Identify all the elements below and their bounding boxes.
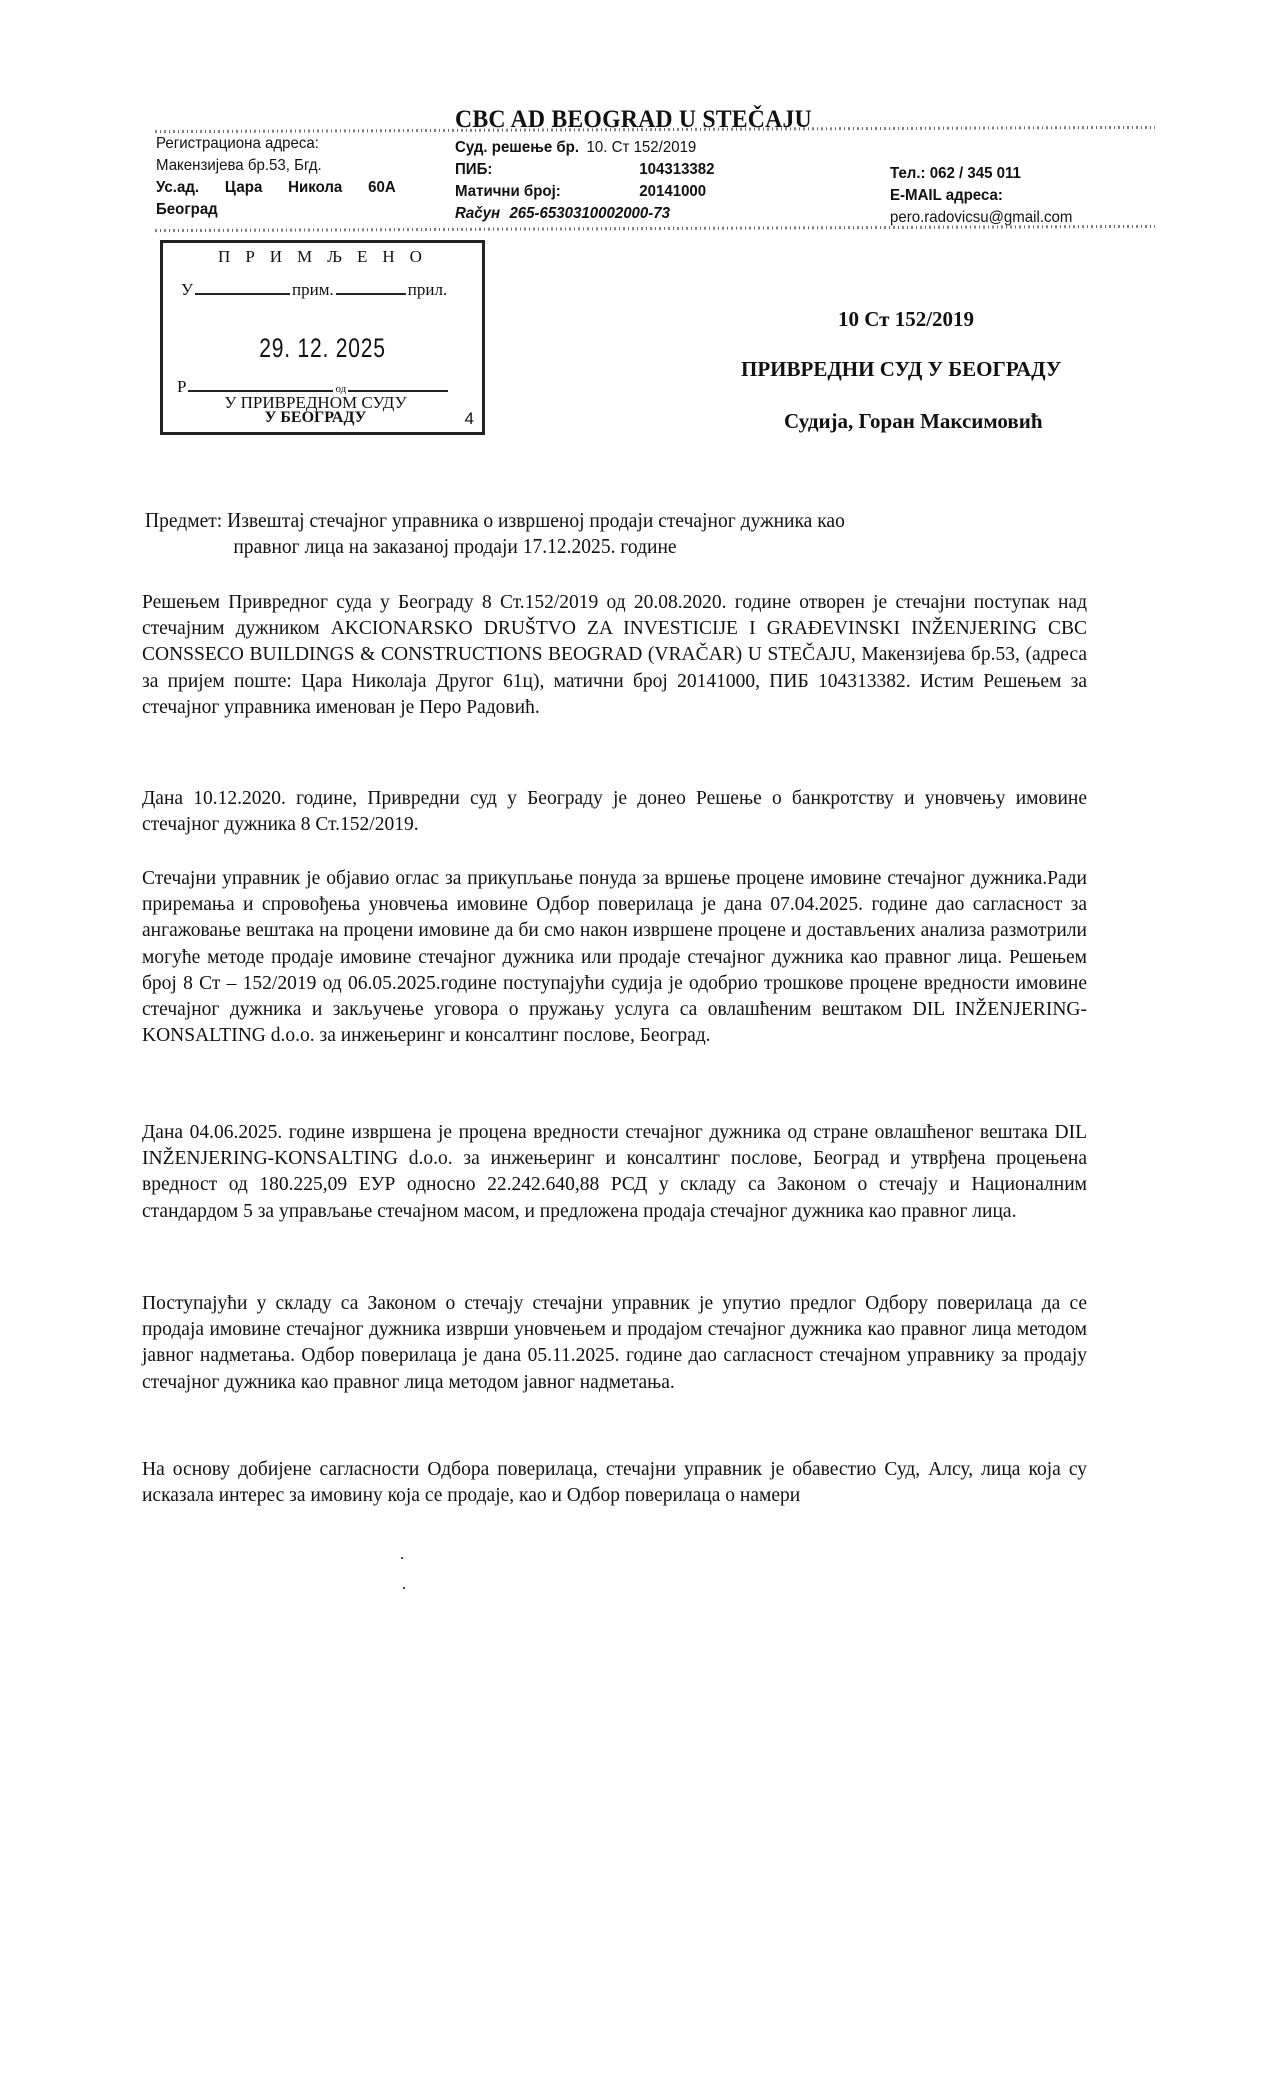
paragraph-valuation-result: Дана 04.06.2025. године извршена је проц… xyxy=(142,1120,1087,1225)
bank-account-row: Račун 265-6530310002000-73 xyxy=(455,203,793,225)
stamp-title: ПРИМЉЕНО xyxy=(163,247,482,267)
paragraph-valuation-engagement: Стечајни управник је објавио оглас за пр… xyxy=(142,866,1087,1049)
court-name: ПРИВРЕДНИ СУД У БЕОГРАДУ xyxy=(741,357,1061,382)
phone-number: Тел.: 062 / 345 011 xyxy=(890,163,1134,185)
correspondence-address: Ус.ад. Цара Никола 60А xyxy=(156,177,396,199)
subject: Предмет: Извештај стечајног управника о … xyxy=(145,507,982,559)
registration-address: Макензијева бр.53, Бгд. xyxy=(156,155,410,177)
scan-speck xyxy=(403,1587,405,1589)
stamp-date: 29. 12. 2025 xyxy=(198,333,447,364)
registration-city: Београд xyxy=(156,199,410,221)
correspondence-prefix: Ус.ад. xyxy=(156,177,199,199)
registry-number-label: Матични број: xyxy=(455,181,639,203)
subject-line-1: Предмет: Извештај стечајног управника о … xyxy=(145,507,982,533)
registry-number-value: 20141000 xyxy=(639,181,706,203)
stamp-court-line2: У БЕОГРАДУ xyxy=(163,409,468,427)
pib-label: ПИБ: xyxy=(455,159,639,181)
scan-speck xyxy=(401,1557,403,1559)
correspondence-number: 60А xyxy=(368,177,396,199)
company-identifiers-block: Суд. решење бр. 10. Ст 152/2019 ПИБ: 104… xyxy=(455,137,793,225)
subject-line-2: правног лица на заказаној продаји 17.12.… xyxy=(145,533,982,559)
stamp-u-label: У xyxy=(181,280,193,299)
correspondence-word: Цара xyxy=(225,177,262,199)
registration-label: Регистрациона адреса: xyxy=(156,133,410,155)
registry-number-row: Матични број: 20141000 xyxy=(455,181,793,203)
paragraph-notification: На основу добијене сагласности Одбора по… xyxy=(142,1457,1087,1509)
bank-account-value: 265-6530310002000-73 xyxy=(509,203,670,225)
paragraph-bankruptcy-decision: Дана 10.12.2020. године, Привредни суд у… xyxy=(142,786,1087,838)
stamp-pril-label: прил. xyxy=(408,280,447,299)
stamp-number: 4 xyxy=(465,409,474,429)
received-stamp: ПРИМЉЕНО Уприм.прил. 29. 12. 2025 Род У … xyxy=(160,240,485,435)
stamp-blank xyxy=(195,291,290,295)
court-decision-value: 10. Ст 152/2019 xyxy=(587,137,697,159)
case-number: 10 Ст 152/2019 xyxy=(838,307,974,332)
pib-value: 104313382 xyxy=(639,159,714,181)
court-decision-row: Суд. решење бр. 10. Ст 152/2019 xyxy=(455,137,793,159)
stamp-blank xyxy=(348,388,448,392)
pib-row: ПИБ: 104313382 xyxy=(455,159,793,181)
email-label: E-MAIL адреса: xyxy=(890,185,1134,207)
correspondence-word: Никола xyxy=(288,177,342,199)
paragraph-sale-method: Поступајући у складу са Законом о стечај… xyxy=(142,1291,1087,1396)
paragraph-bankruptcy-opening: Решењем Привредног суда у Београду 8 Ст.… xyxy=(142,590,1087,721)
stamp-blank xyxy=(188,388,333,392)
bank-account-label: Račун xyxy=(455,203,500,225)
stamp-prim-label: прим. xyxy=(292,280,334,299)
contact-block: Тел.: 062 / 345 011 E-MAIL адреса: pero.… xyxy=(890,163,1134,229)
registration-address-block: Регистрациона адреса: Макензијева бр.53,… xyxy=(156,133,410,221)
stamp-reference-line: Уприм.прил. xyxy=(181,280,447,300)
judge-name: Судија, Горан Максимовић xyxy=(784,409,1043,434)
stamp-blank xyxy=(336,291,406,295)
court-decision-label: Суд. решење бр. xyxy=(455,137,579,159)
